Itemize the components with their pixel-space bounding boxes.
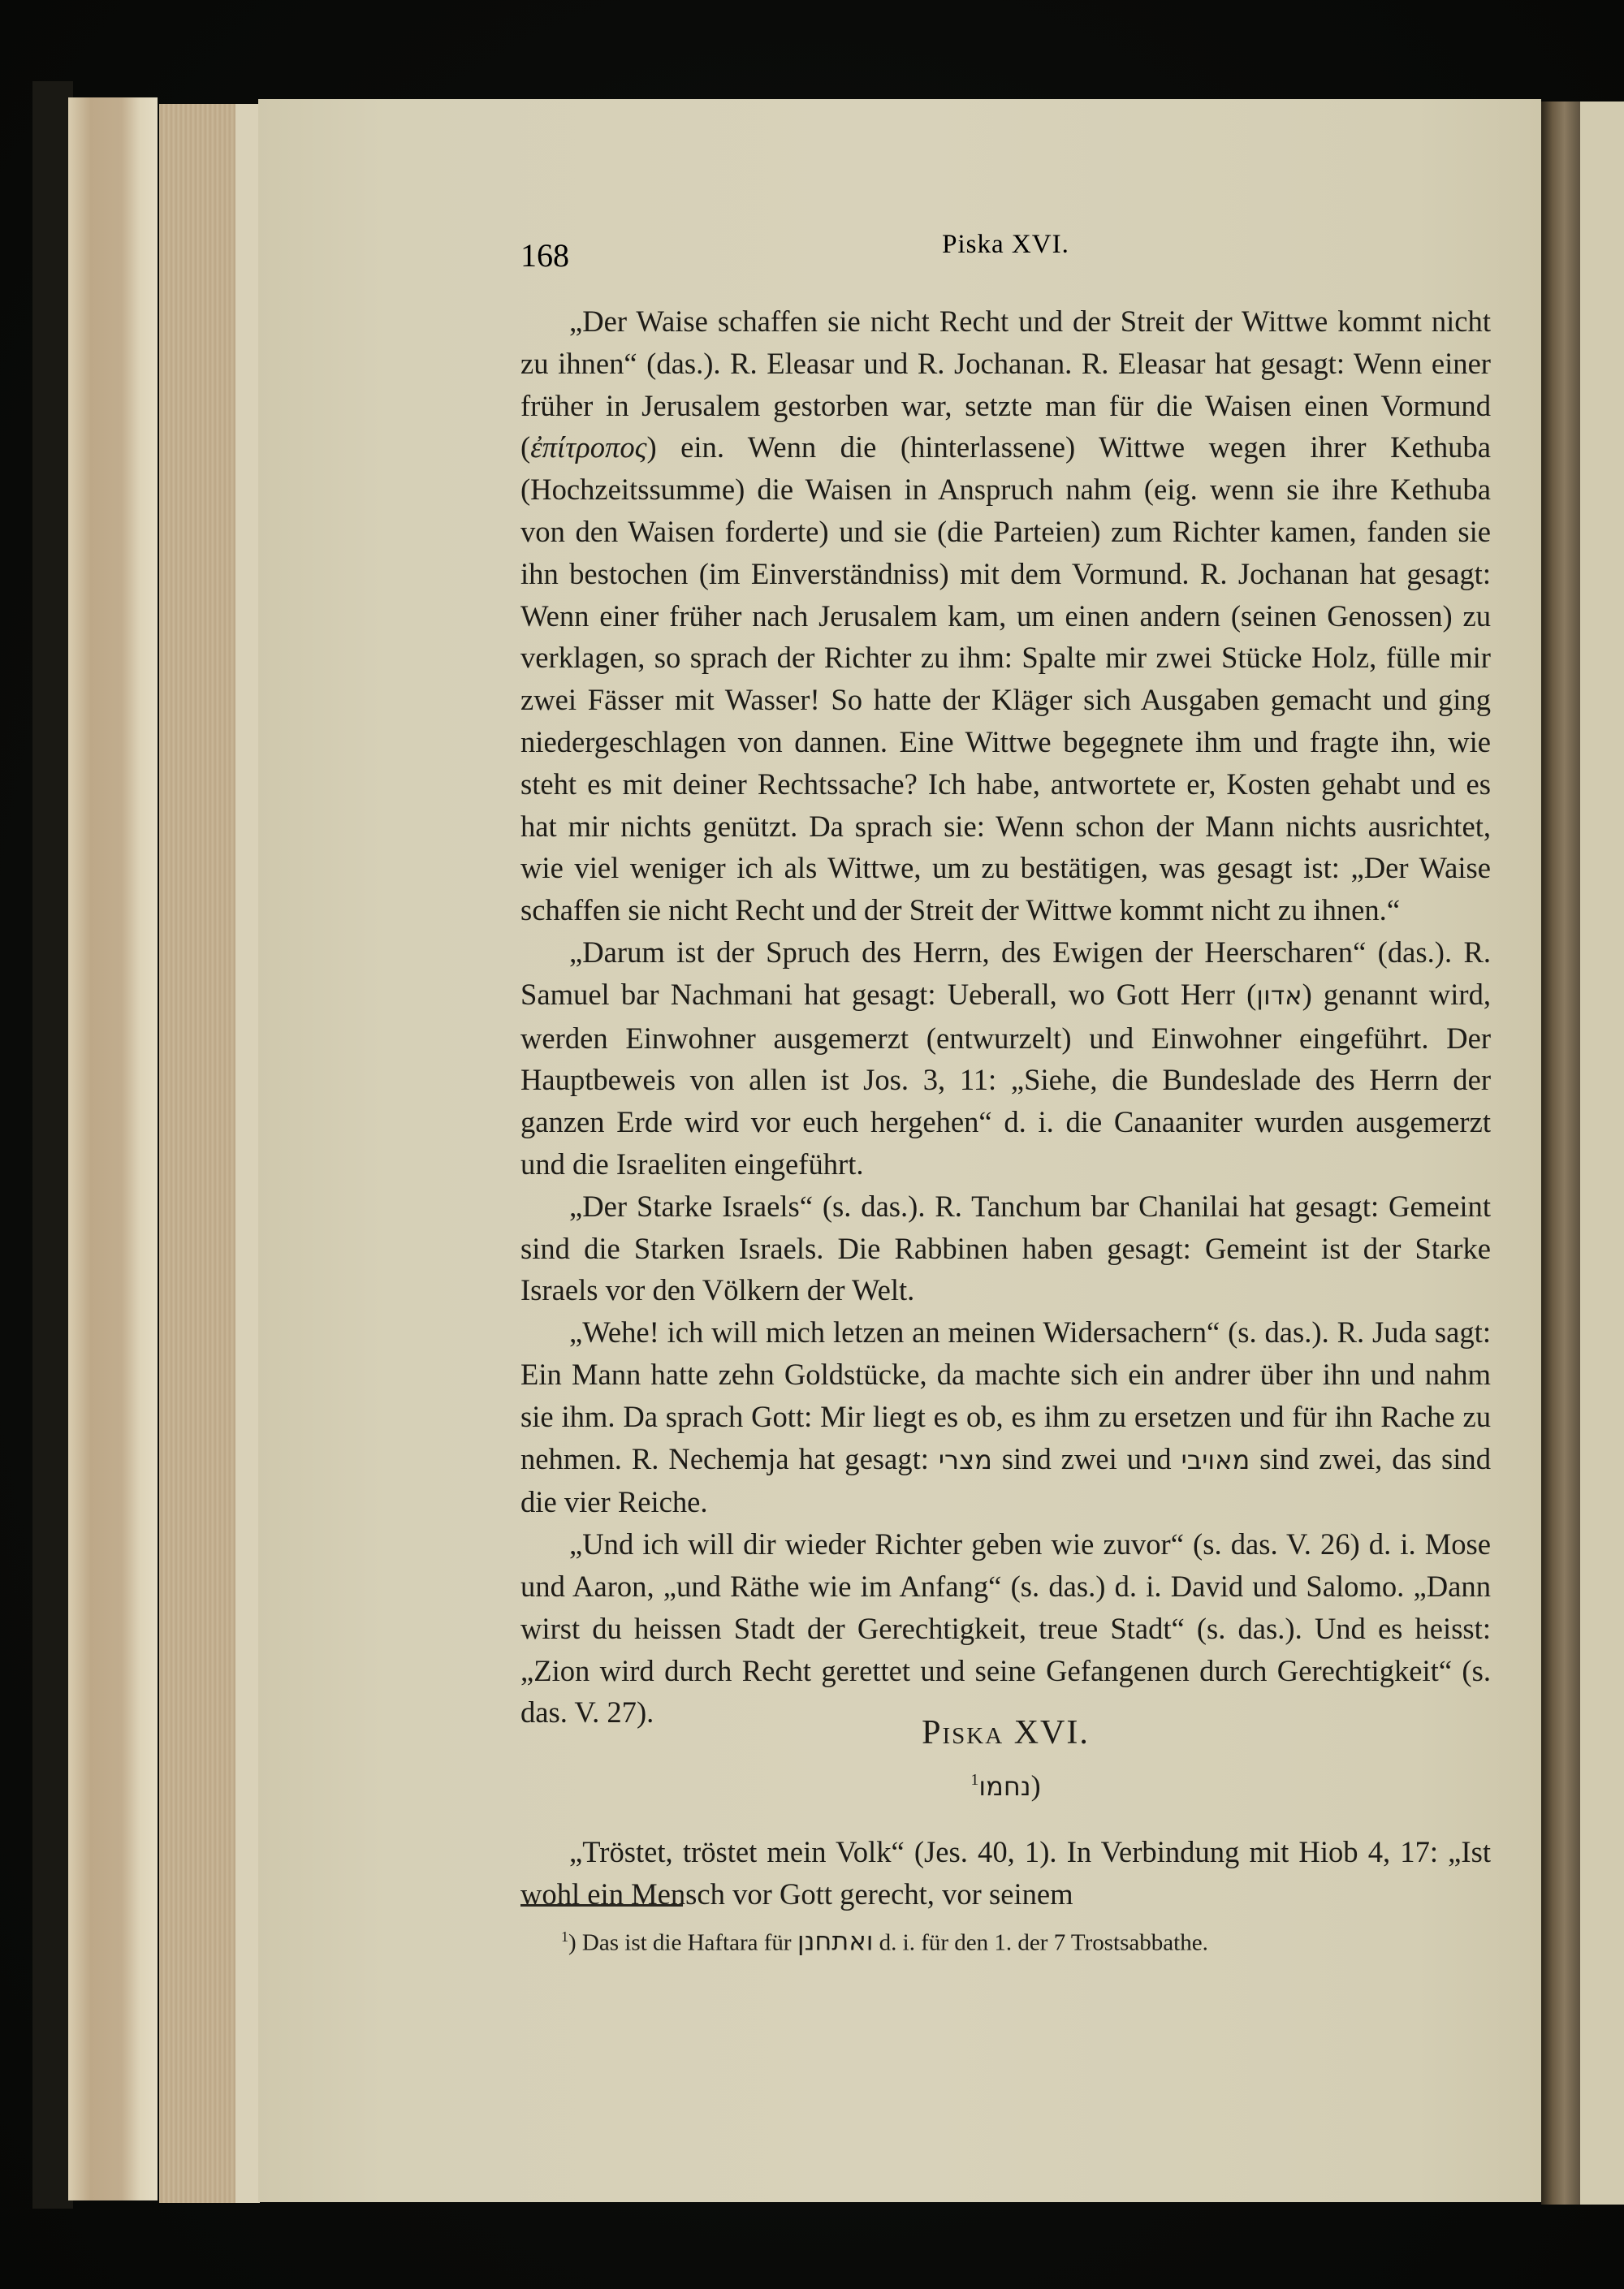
footnote: 1) Das ist die Haftara für ואתחנן d. i. … bbox=[520, 1920, 1491, 1959]
running-head-title: Piska XVI. bbox=[520, 230, 1491, 260]
body-text: „Der Waise schaffen sie nicht Recht und … bbox=[520, 300, 1491, 1734]
text-run: „Der Starke Israels“ (s. das.). R. Tanch… bbox=[520, 1190, 1491, 1307]
section-heading: Piska XVI. bbox=[520, 1713, 1491, 1752]
section-heading-numeral: XVI. bbox=[1014, 1714, 1090, 1751]
hebrew-word: מאויבי bbox=[1181, 1445, 1250, 1475]
body-paragraph: „Der Starke Israels“ (s. das.). R. Tanch… bbox=[520, 1186, 1491, 1311]
book-gutter bbox=[1541, 101, 1580, 2205]
page-stack-edge-outer bbox=[68, 97, 158, 2200]
footnote-ref[interactable]: 1 bbox=[970, 1771, 978, 1789]
section-hebrew-subtitle: נחמו1) bbox=[520, 1769, 1491, 1803]
text-run: ) ein. Wenn die (hinterlassene) Wittwe w… bbox=[520, 430, 1491, 926]
footnote-hebrew: ואתחנן bbox=[797, 1926, 874, 1957]
footnote-text-after: d. i. für den 1. der 7 Trostsabbathe. bbox=[873, 1930, 1207, 1956]
paren-close: ) bbox=[1031, 1769, 1041, 1802]
greek-word: ἐπίτροπος bbox=[530, 430, 646, 464]
hebrew-word: אדון bbox=[1256, 980, 1302, 1011]
page-margin-strip bbox=[235, 104, 260, 2203]
body-paragraph: „Und ich will dir wieder Richter geben w… bbox=[520, 1523, 1491, 1734]
section-body: „Tröstet, tröstet mein Volk“ (Jes. 40, 1… bbox=[520, 1831, 1491, 1915]
book-binding bbox=[32, 81, 73, 2209]
footnote-marker: 1 bbox=[561, 1928, 568, 1945]
hebrew-word: מצרי bbox=[939, 1445, 992, 1475]
hebrew-title: נחמו bbox=[978, 1771, 1030, 1802]
body-paragraph: „Darum ist der Spruch des Herrn, des Ewi… bbox=[520, 931, 1491, 1186]
facing-page-edge bbox=[1580, 101, 1624, 2205]
footnote-divider bbox=[520, 1904, 683, 1907]
text-run: „Und ich will dir wieder Richter geben w… bbox=[520, 1527, 1491, 1729]
section-opening-paragraph: „Tröstet, tröstet mein Volk“ (Jes. 40, 1… bbox=[520, 1831, 1491, 1915]
running-head: 168 Piska XVI. bbox=[520, 230, 1491, 270]
footnote-text-before: ) Das ist die Haftara für bbox=[568, 1930, 797, 1956]
section-heading-prefix: Piska bbox=[922, 1714, 1004, 1751]
body-paragraph: „Der Waise schaffen sie nicht Recht und … bbox=[520, 300, 1491, 931]
body-paragraph: „Wehe! ich will mich letzen an meinen Wi… bbox=[520, 1311, 1491, 1523]
text-run: sind zwei und bbox=[992, 1442, 1181, 1475]
